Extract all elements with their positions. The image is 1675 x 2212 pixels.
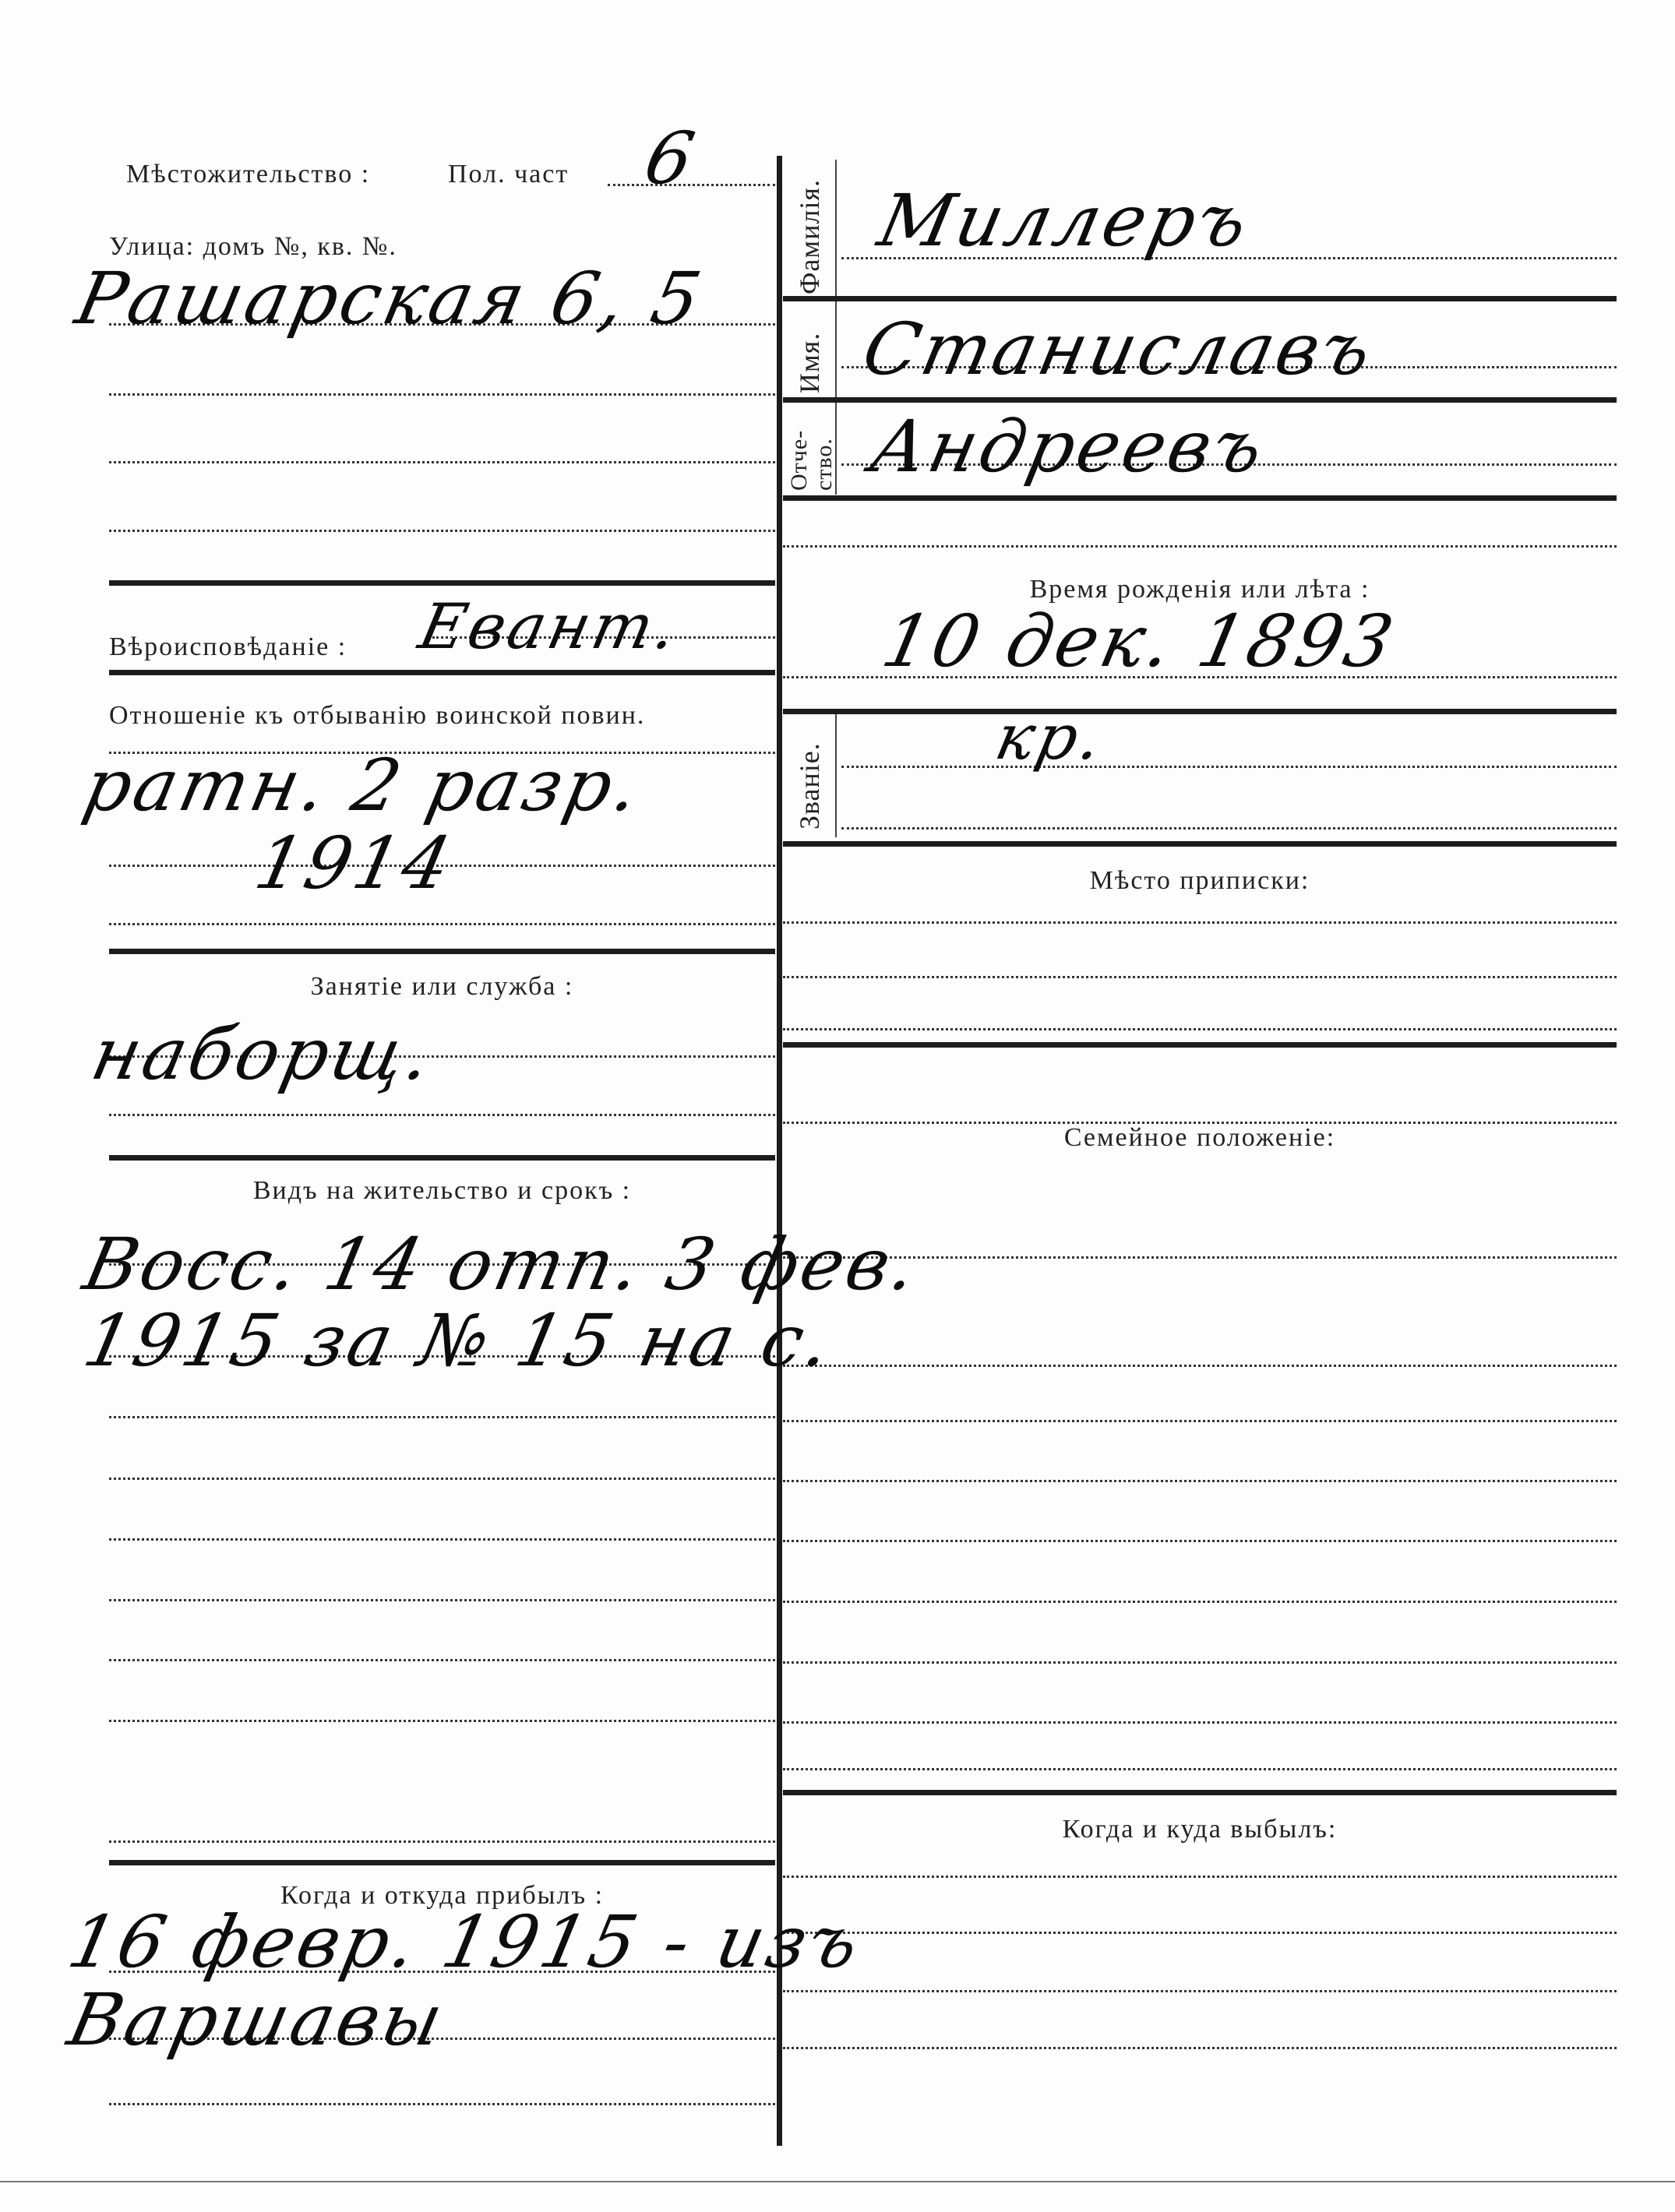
- right-rule-2: [783, 397, 1617, 403]
- right-dotted-line: [783, 976, 1617, 978]
- departure-label: Когда и куда выбылъ:: [783, 1815, 1617, 1844]
- left-rule-2: [109, 670, 775, 675]
- first-name-value: Станиславъ: [856, 308, 1382, 391]
- district-label: Пол. част: [448, 160, 569, 189]
- left-dotted-line: [109, 530, 775, 532]
- left-rule-1: [109, 580, 775, 586]
- rank-label: Званіе.: [793, 742, 826, 829]
- registry-place-label: Мѣсто приписки:: [783, 866, 1617, 896]
- occupation-label: Занятіе или служба :: [109, 972, 775, 1002]
- street-value: Рашарская 6, 5: [69, 257, 711, 340]
- center-divider: [777, 156, 782, 2146]
- right-dotted-line: [783, 1480, 1617, 1482]
- left-dotted-line: [109, 923, 775, 925]
- religion-label: Вѣроисповѣданіе :: [109, 632, 347, 662]
- right-rule-1: [783, 296, 1617, 301]
- left-dotted-line: [109, 1114, 775, 1116]
- right-dotted-line: [783, 1932, 1617, 1934]
- right-dotted-line: [783, 1601, 1617, 1603]
- left-rule-4: [109, 1155, 775, 1161]
- rank-label-column-divider: [835, 713, 837, 837]
- occupation-value: наборщ.: [85, 1013, 442, 1096]
- left-dotted-line: [109, 1538, 775, 1541]
- patronymic-value: Андреевъ: [864, 405, 1274, 488]
- right-dotted-line: [783, 1420, 1617, 1422]
- right-rule-4: [783, 709, 1617, 714]
- right-dotted-line: [783, 921, 1617, 924]
- right-dotted-line: [783, 1028, 1617, 1030]
- left-dotted-line: [109, 1659, 775, 1661]
- residence-permit-value-line2: 1915 за № 15 на с.: [77, 1299, 841, 1382]
- right-dotted-line: [783, 2047, 1617, 2049]
- residence-label: Мѣстожительство :: [126, 160, 370, 189]
- right-rule-3: [783, 495, 1617, 501]
- arrival-value-line1: 16 февр. 1915 - изъ: [62, 1900, 869, 1984]
- left-dotted-line: [109, 2103, 775, 2105]
- right-dotted-line: [783, 1768, 1617, 1770]
- right-rule-7: [783, 1790, 1617, 1795]
- left-dotted-line: [109, 1840, 775, 1843]
- right-dotted-line: [841, 766, 1617, 768]
- left-dotted-line: [109, 1416, 775, 1418]
- right-dotted-line: [783, 545, 1617, 548]
- military-service-value-line2: 1914: [249, 822, 461, 905]
- residence-permit-label: Видъ на жительство и срокъ :: [109, 1176, 775, 1206]
- surname-value: Миллеръ: [872, 179, 1258, 262]
- right-dotted-line: [783, 1540, 1617, 1542]
- patronymic-label: Отче-ство.: [787, 397, 837, 491]
- right-dotted-line: [783, 1990, 1617, 1992]
- arrival-value-line2: Варшавы: [62, 1978, 453, 2062]
- left-dotted-line: [109, 1599, 775, 1601]
- first-name-label: Имя.: [793, 333, 826, 393]
- page-bottom-edge: [0, 2181, 1675, 2182]
- surname-label: Фамилія.: [793, 179, 826, 294]
- left-rule-5: [109, 1860, 775, 1865]
- left-dotted-line: [109, 1720, 775, 1722]
- right-dotted-line: [783, 1365, 1617, 1367]
- right-dotted-line: [783, 1661, 1617, 1664]
- family-status-label: Семейное положеніе:: [783, 1123, 1617, 1153]
- military-service-value-line1: ратн. 2 разр.: [77, 744, 650, 827]
- left-dotted-line: [109, 461, 775, 463]
- left-dotted-line: [608, 184, 775, 186]
- military-service-label: Отношеніе къ отбыванію воинской повин.: [109, 701, 645, 731]
- right-dotted-line: [841, 827, 1617, 829]
- right-rule-5: [783, 841, 1617, 847]
- right-dotted-line: [783, 1721, 1617, 1724]
- left-rule-3: [109, 949, 775, 954]
- right-rule-6: [783, 1042, 1617, 1048]
- district-value: 6: [638, 117, 704, 200]
- birth-value: 10 дек. 1893: [876, 600, 1403, 683]
- left-dotted-line: [109, 1478, 775, 1480]
- left-dotted-line: [109, 393, 775, 396]
- rank-value: кр.: [989, 701, 1111, 773]
- right-dotted-line: [783, 1876, 1617, 1878]
- registration-card: Мѣстожительство : Пол. част 6 Улица: дом…: [0, 0, 1675, 2212]
- religion-value: Евант.: [413, 590, 686, 663]
- residence-permit-value-line1: Восс. 14 отп. 3 фев.: [77, 1223, 927, 1306]
